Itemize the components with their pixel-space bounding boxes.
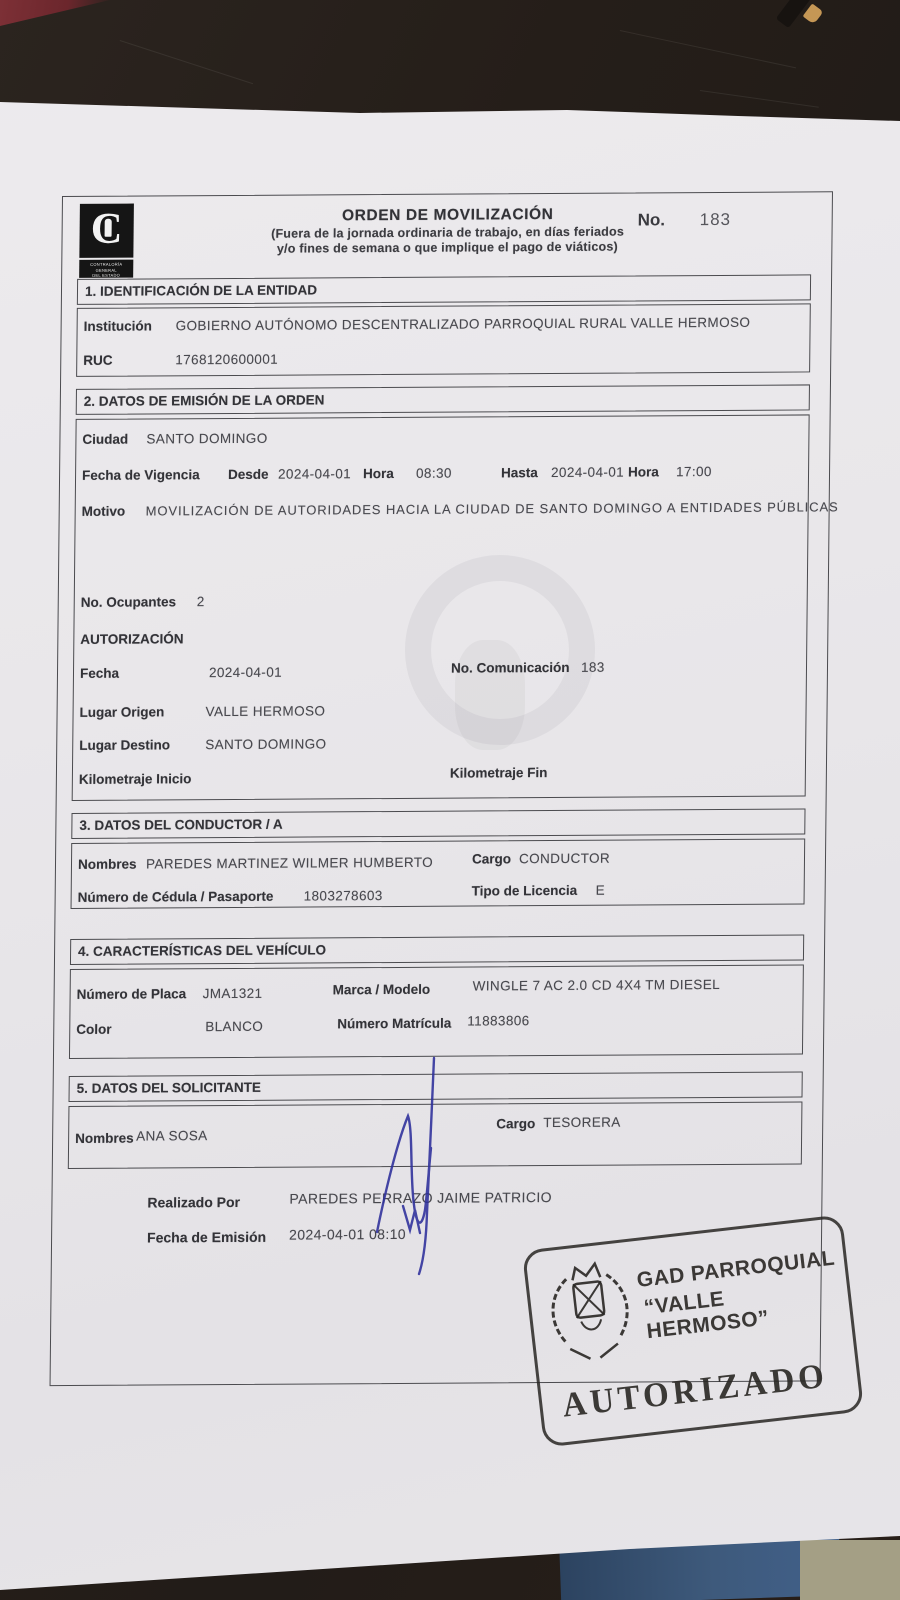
khaki-surface <box>800 1540 900 1600</box>
solicitante-nombres-label: Nombres <box>75 1131 134 1146</box>
conductor-nombres-label: Nombres <box>78 857 137 872</box>
desde-value: 2024-04-01 <box>278 466 351 481</box>
logo-caption-line: DEL ESTADO <box>79 273 133 279</box>
matricula-label: Número Matrícula <box>337 1016 451 1032</box>
autorizacion-label: AUTORIZACIÓN <box>80 631 183 647</box>
institucion-label: Institución <box>84 318 152 333</box>
ocupantes-label: No. Ocupantes <box>81 594 176 610</box>
section4-body: Número de Placa JMA1321 Marca / Modelo W… <box>69 964 804 1058</box>
logo-keyhole-icon <box>105 219 112 237</box>
emision-value: 2024-04-01 08:10 <box>289 1226 406 1243</box>
origen-value: VALLE HERMOSO <box>206 703 326 719</box>
ciudad-label: Ciudad <box>82 432 128 447</box>
licencia-value: E <box>596 883 606 898</box>
destino-label: Lugar Destino <box>79 737 170 753</box>
origen-label: Lugar Origen <box>80 704 165 720</box>
destino-value: SANTO DOMINGO <box>205 736 326 752</box>
hora1-label: Hora <box>363 466 394 481</box>
hora2-label: Hora <box>628 464 659 479</box>
form-subtitle-line2: y/o fines de semana o que implique el pa… <box>182 239 712 256</box>
placa-label: Número de Placa <box>77 986 187 1002</box>
section1-body: Institución GOBIERNO AUTÓNOMO DESCENTRAL… <box>76 303 811 376</box>
stamp-crest-icon <box>535 1255 649 1391</box>
ruc-label: RUC <box>83 353 112 368</box>
km-fin-label: Kilometraje Fin <box>450 765 548 781</box>
order-number-label: No. <box>638 210 666 230</box>
section5-body: Nombres ANA SOSA Cargo TESORERA <box>68 1101 803 1168</box>
realizado-label: Realizado Por <box>147 1194 240 1211</box>
color-value: BLANCO <box>205 1019 263 1034</box>
motivo-label: Motivo <box>82 504 126 519</box>
solicitante-cargo-label: Cargo <box>496 1116 535 1131</box>
section1-title: 1. IDENTIFICACIÓN DE LA ENTIDAD <box>77 274 811 304</box>
section2-title: 2. DATOS DE EMISIÓN DE LA ORDEN <box>76 384 810 414</box>
order-number-value: 183 <box>700 210 732 230</box>
form-title: ORDEN DE MOVILIZACIÓN <box>278 206 618 226</box>
marca-value: WINGLE 7 AC 2.0 CD 4X4 TM DIESEL <box>473 977 721 994</box>
desde-label: Desde <box>228 467 269 482</box>
km-inicio-label: Kilometraje Inicio <box>79 771 192 787</box>
photo-of-document: C CONTRALORÍA GENERAL DEL ESTADO ORDEN D… <box>0 0 900 1600</box>
matricula-value: 11883806 <box>467 1013 529 1028</box>
emision-label: Fecha de Emisión <box>147 1229 266 1246</box>
section4-title: 4. CARACTERÍSTICAS DEL VEHÍCULO <box>70 934 804 964</box>
hora2-value: 17:00 <box>676 464 712 479</box>
solicitante-nombres-value: ANA SOSA <box>136 1128 208 1143</box>
realizado-value: PAREDES PERRAZO JAIME PATRICIO <box>289 1189 552 1207</box>
comunicacion-value: 183 <box>581 660 605 675</box>
conductor-cargo-label: Cargo <box>472 851 511 866</box>
solicitante-cargo-value: TESORERA <box>543 1115 621 1130</box>
ocupantes-value: 2 <box>197 594 205 609</box>
comunicacion-label: No. Comunicación <box>451 660 570 676</box>
placa-value: JMA1321 <box>203 986 263 1001</box>
licencia-label: Tipo de Licencia <box>472 883 578 899</box>
hasta-value: 2024-04-01 <box>551 465 624 480</box>
institucion-value: GOBIERNO AUTÓNOMO DESCENTRALIZADO PARROQ… <box>176 315 751 334</box>
cedula-value: 1803278603 <box>304 888 383 903</box>
conductor-cargo-value: CONDUCTOR <box>519 851 610 867</box>
section3-body: Nombres PAREDES MARTINEZ WILMER HUMBERTO… <box>71 838 806 908</box>
vigencia-label: Fecha de Vigencia <box>82 467 200 483</box>
cedula-label: Número de Cédula / Pasaporte <box>78 889 274 905</box>
hora1-value: 08:30 <box>416 466 452 481</box>
authorization-stamp: GAD PARROQUIAL “VALLE HERMOSO” AUTORIZAD… <box>522 1214 864 1447</box>
section2-body: Ciudad SANTO DOMINGO Fecha de Vigencia D… <box>72 414 810 801</box>
conductor-nombres-value: PAREDES MARTINEZ WILMER HUMBERTO <box>146 855 433 872</box>
ruc-value: 1768120600001 <box>175 352 278 368</box>
motivo-value: MOVILIZACIÓN DE AUTORIDADES HACIA LA CIU… <box>146 499 839 518</box>
section5-title: 5. DATOS DEL SOLICITANTE <box>69 1071 803 1101</box>
section3-title: 3. DATOS DEL CONDUCTOR / A <box>71 808 805 838</box>
logo-caption: CONTRALORÍA GENERAL DEL ESTADO <box>79 260 133 278</box>
ciudad-value: SANTO DOMINGO <box>146 431 267 447</box>
movilizacion-form: C CONTRALORÍA GENERAL DEL ESTADO ORDEN D… <box>50 191 833 1386</box>
fecha-label: Fecha <box>80 666 119 681</box>
color-label: Color <box>76 1022 111 1037</box>
marca-label: Marca / Modelo <box>333 982 431 998</box>
fecha-value: 2024-04-01 <box>209 665 282 680</box>
hasta-label: Hasta <box>501 465 538 480</box>
